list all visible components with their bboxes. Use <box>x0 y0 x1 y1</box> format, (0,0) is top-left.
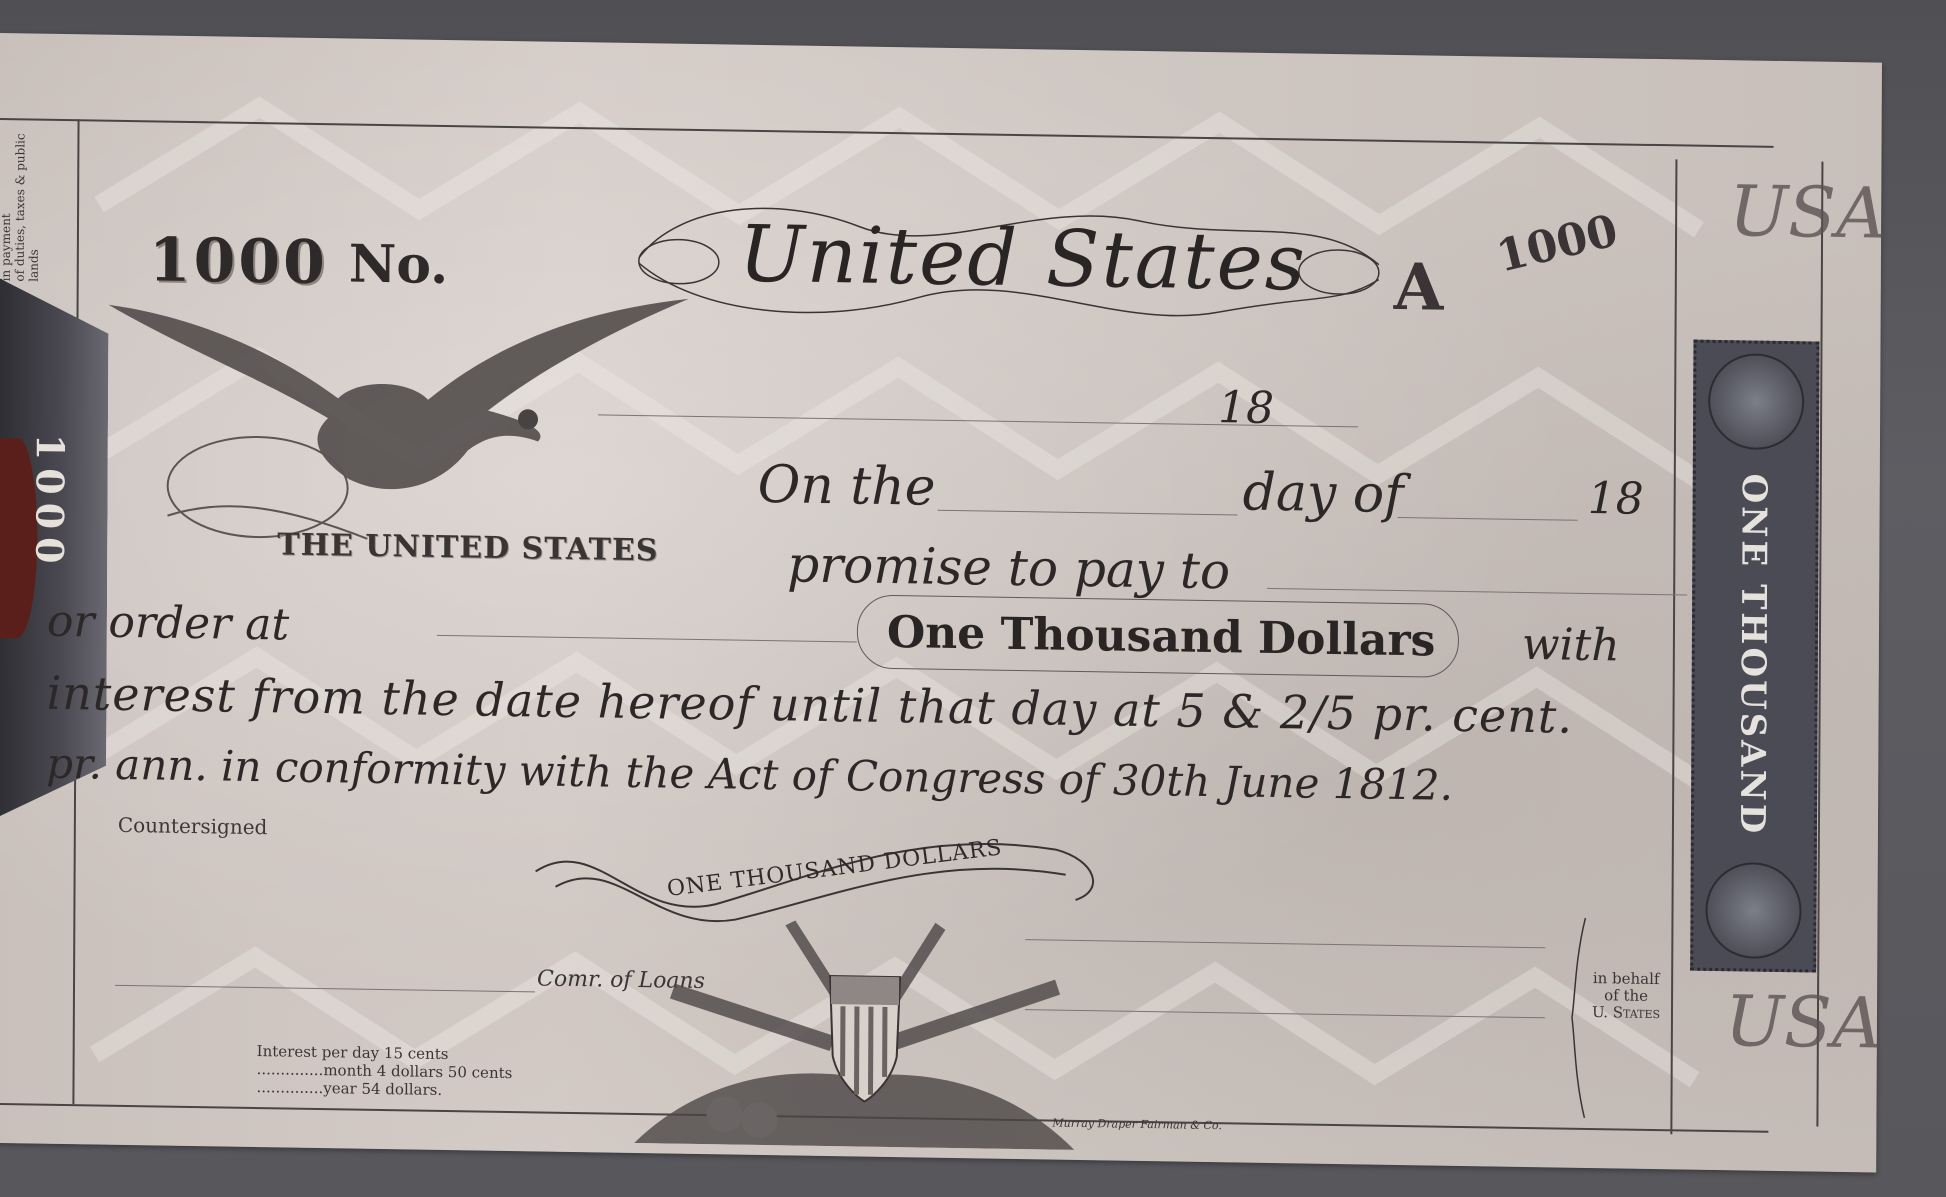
month-blank <box>1398 517 1578 521</box>
behalf-caption: in behalf of the U. States <box>1592 970 1660 1022</box>
with-text: with <box>1522 619 1620 672</box>
eagle-vignette-icon <box>107 285 728 565</box>
date-year-prefix: 18 <box>1588 473 1644 525</box>
payee-blank <box>1267 588 1687 596</box>
interest-line: interest from the date hereof until that… <box>46 666 1573 744</box>
engraver-imprint: Murray Draper Fairman & Co. <box>1052 1117 1222 1133</box>
left-stub-numeral: 1000 <box>27 433 73 571</box>
treasury-note: in payment of duties, taxes & public lan… <box>0 33 1882 1172</box>
conformity-line: pr. ann. in conformity with the Act of C… <box>46 739 1453 810</box>
border-top <box>0 118 1774 148</box>
monogram-top: USA <box>1729 170 1887 254</box>
date-day-of: day of <box>1243 463 1404 526</box>
amount-text: One Thousand Dollars <box>887 607 1436 667</box>
countersigned-label: Countersigned <box>118 813 268 839</box>
signature-line-2 <box>1025 1009 1545 1018</box>
issuer-caption: THE UNITED STATES <box>277 527 658 568</box>
roundel-bottom-icon <box>1705 862 1802 960</box>
shield-trophy-vignette-icon <box>634 913 1075 1150</box>
date-year-prefix-top: 18 <box>1218 382 1274 434</box>
series-letter: A <box>1394 250 1444 326</box>
place-blank <box>437 635 857 643</box>
right-panel-text: ONE THOUSAND <box>1732 473 1774 836</box>
day-blank <box>938 510 1238 516</box>
roundel-top-icon <box>1708 353 1805 451</box>
document-title: United States <box>739 210 1307 309</box>
right-denomination-panel: ONE THOUSAND <box>1690 340 1819 973</box>
monogram-bottom: USA <box>1725 980 1883 1064</box>
number-label: No. <box>349 233 449 296</box>
order-at-text: or order at <box>47 596 289 651</box>
promise-text: promise to pay to <box>787 535 1230 600</box>
left-stub-caption: in payment of duties, taxes & public lan… <box>0 133 69 282</box>
series-number: 1000 <box>1492 205 1623 282</box>
date-on-the: On the <box>758 455 936 518</box>
signature-line-1 <box>1025 939 1545 948</box>
interest-schedule: Interest per day 15 cents ..............… <box>256 1042 512 1100</box>
border-right-inner <box>1670 159 1677 1134</box>
commissioner-signature-line <box>115 985 535 993</box>
brace-icon <box>1569 918 1590 1118</box>
